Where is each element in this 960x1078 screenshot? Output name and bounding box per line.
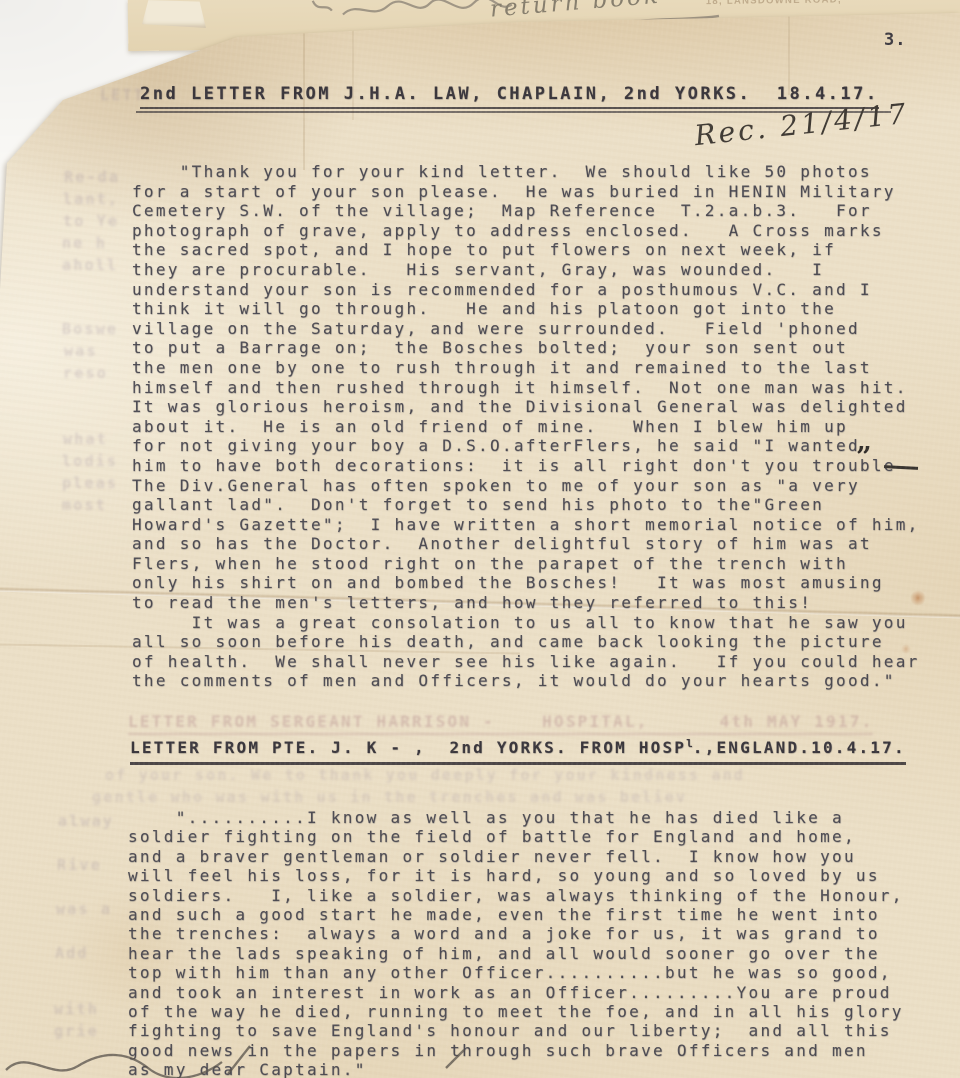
scanned-document: return book 18, LANSDOWNE ROAD, LETT Re-… (0, 0, 960, 1078)
bleed-through-text: pleas (62, 474, 118, 492)
crease-line (788, 0, 790, 95)
document-page: LETT Re-da lant, to Ye ne h aholl Boswe … (0, 0, 960, 1078)
letter2-heading: LETTER FROM PTE. J. K - , 2nd YORKS. FRO… (130, 734, 906, 765)
page-number: 3. (884, 30, 906, 50)
bleed-through-text: with (54, 1000, 99, 1018)
letter2-body: "..........I know as well as you that he… (128, 808, 904, 1078)
letter2-heading-superscript: l (686, 737, 693, 750)
bleed-through-text: ne h (62, 234, 107, 252)
bleed-through-text: reso (63, 364, 108, 382)
bleed-through-text: Rive (57, 856, 102, 874)
handwriting-scrawl (0, 1040, 520, 1078)
bleed-through-heading: LETTER FROM SERGEANT HARRISON - HOSPITAL… (128, 712, 873, 735)
bleed-through-text: was (64, 342, 98, 360)
handwritten-quote-mark: ” (856, 442, 872, 473)
bleed-through-text: Re-da (64, 168, 120, 186)
bleed-through-text: Add (55, 944, 89, 962)
bleed-through-text: was a (56, 900, 112, 918)
letter2-heading-text: LETTER FROM PTE. J. K - , 2nd YORKS. FRO… (130, 738, 686, 757)
bleed-through-text: alway (58, 812, 114, 830)
letter1-body: "Thank you for your kind letter. We shou… (132, 162, 920, 691)
letter2-heading-date: .,ENGLAND.10.4.17. (693, 738, 906, 757)
bleed-through-text: Boswe (62, 320, 118, 338)
bleed-through-text: LETT (100, 86, 145, 104)
bleed-through-text: lodis (62, 452, 118, 470)
bleed-through-text: aholl (62, 256, 118, 274)
bleed-through-text: grie (54, 1022, 99, 1040)
bleed-through-text: lant, (63, 190, 119, 208)
bleed-through-text: to Ye (63, 212, 119, 230)
bleed-through-text: what (63, 430, 108, 448)
bleed-through-text: most (62, 496, 107, 514)
letter1-heading: 2nd LETTER FROM J.H.A. LAW, CHAPLAIN, 2n… (140, 84, 879, 109)
bleed-through-text: of your son. We to thank you deeply for … (105, 766, 745, 784)
bleed-through-text: gentle who was with us in the trenches a… (92, 788, 687, 806)
